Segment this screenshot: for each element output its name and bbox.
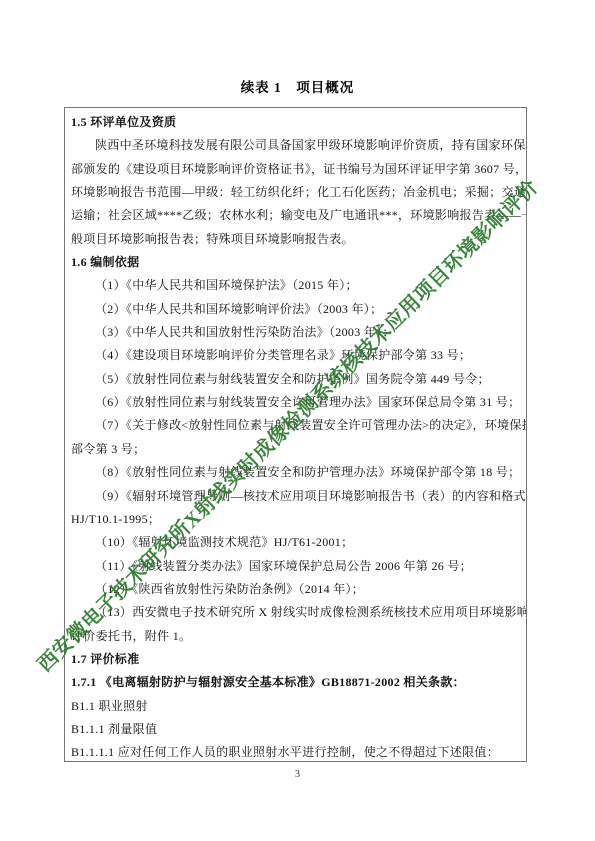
- list-item: （4）《建设项目环境影响评价分类管理名录》环境保护部令第 33 号；: [71, 344, 520, 367]
- clause-line: B1.1.1 剂量限值: [71, 718, 520, 741]
- list-item-continuation: 部令第 3 号；: [71, 438, 520, 461]
- page-number: 3: [0, 769, 595, 780]
- list-item: （2）《中华人民共和国环境影响评价法》（2003 年）；: [71, 298, 520, 321]
- list-item: （3）《中华人民共和国放射性污染防治法》（2003 年）；: [71, 321, 520, 344]
- list-item: （10）《辐射环境监测技术规范》HJ/T61-2001；: [71, 531, 520, 554]
- list-item: （5）《放射性同位素与射线装置安全和防护条例》国务院令第 449 号令；: [71, 368, 520, 391]
- list-item: （6）《放射性同位素与射线装置安全许可管理办法》国家环保总局令第 31 号；: [71, 391, 520, 414]
- list-item-continuation: 评价委托书，附件 1。: [71, 625, 520, 648]
- list-item-continuation: HJ/T10.1-1995；: [71, 508, 520, 531]
- content-table: 1.5 环评单位及资质 陕西中圣环境科技发展有限公司具备国家甲级环境影响评价资质…: [64, 107, 527, 762]
- list-item: （7）《关于修改<放射性同位素与射线装置安全许可管理办法>的决定》，环境保护: [71, 414, 520, 437]
- paragraph-line: 般项目环境影响报告表；特殊项目环境影响报告表。: [71, 228, 520, 251]
- clause-line: B1.1.1.1 应对任何工作人员的职业照射水平进行控制，使之不得超过下述限值：: [71, 741, 520, 762]
- paragraph-line: 运输；社会区域****乙级；农林水利；输变电及广电通讯***，环境影响报告表——…: [71, 204, 520, 227]
- list-item: （11）《射线装置分类办法》国家环境保护总局公告 2006 年第 26 号；: [71, 555, 520, 578]
- paragraph-line: 部颁发的《建设项目环境影响评价资格证书》，证书编号为国环评证甲字第 3607 号…: [71, 158, 520, 181]
- list-item: （13）西安微电子技术研究所 X 射线实时成像检测系统核技术应用项目环境影响: [71, 601, 520, 624]
- clause-line: B1.1 职业照射: [71, 695, 520, 718]
- document-page: 续表 1 项目概况 1.5 环评单位及资质 陕西中圣环境科技发展有限公司具备国家…: [0, 0, 595, 841]
- section-heading-1-6: 1.6 编制依据: [71, 251, 520, 274]
- section-heading-1-5: 1.5 环评单位及资质: [71, 111, 520, 134]
- list-item: （1）《中华人民共和国环境保护法》（2015 年）；: [71, 274, 520, 297]
- paragraph-line: 陕西中圣环境科技发展有限公司具备国家甲级环境影响评价资质，持有国家环保: [71, 134, 520, 157]
- paragraph-line: 环境影响报告书范围—甲级：轻工纺织化纤；化工石化医药；冶金机电；采掘；交通: [71, 181, 520, 204]
- list-item: （12）《陕西省放射性污染防治条例》（2014 年）；: [71, 578, 520, 601]
- subsection-heading-1-7-1: 1.7.1 《电离辐射防护与辐射源安全基本标准》GB18871-2002 相关条…: [71, 671, 520, 694]
- list-item: （8）《放射性同位素与射线装置安全和防护管理办法》环境保护部令第 18 号；: [71, 461, 520, 484]
- doc-title: 续表 1 项目概况: [0, 76, 595, 96]
- section-heading-1-7: 1.7 评价标准: [71, 648, 520, 671]
- list-item: （9）《辐射环境管理导则—核技术应用项目环境影响报告书（表）的内容和格式》: [71, 485, 520, 508]
